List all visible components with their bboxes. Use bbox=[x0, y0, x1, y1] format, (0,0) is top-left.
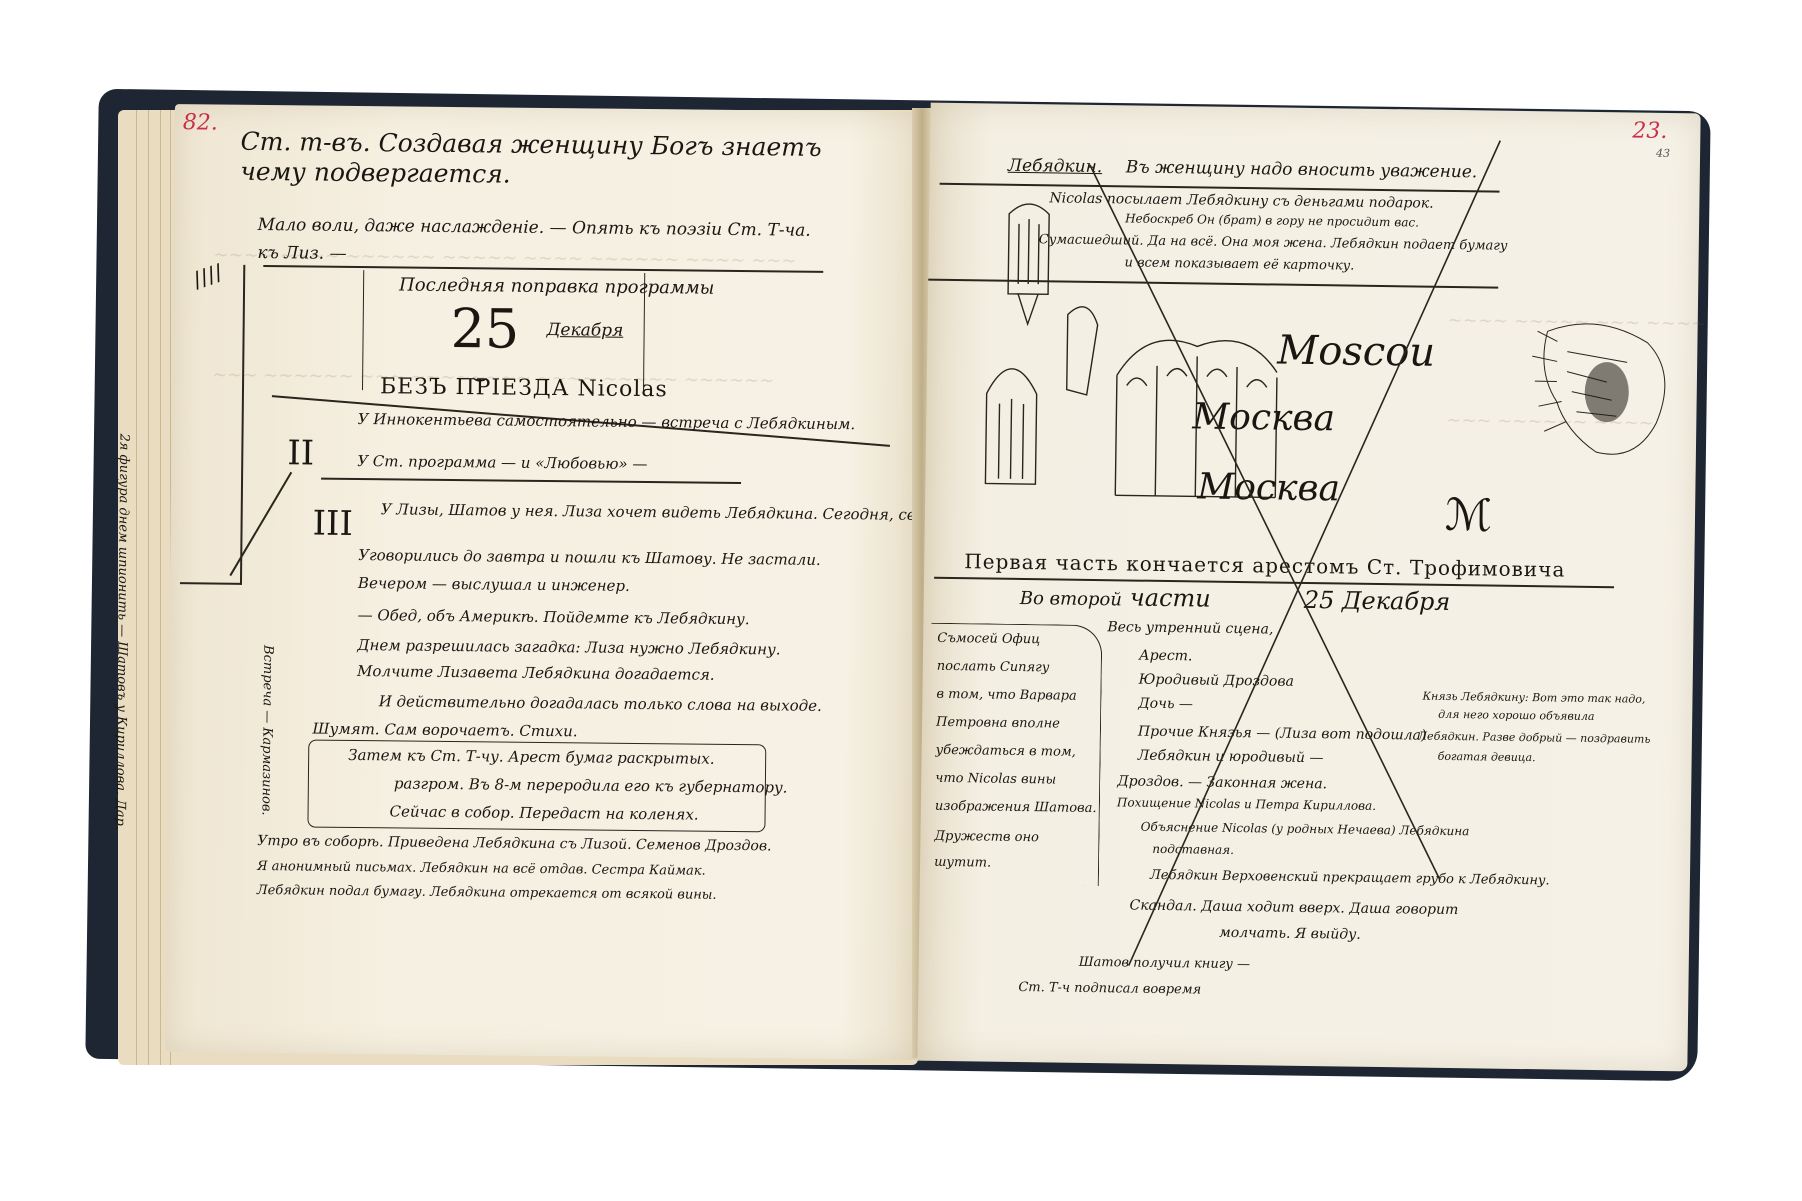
text-line: Днем разрешилась загадка: Лиза нужно Леб… bbox=[357, 636, 780, 658]
text-line: Мало воли, даже наслажденіе. — Опять къ … bbox=[258, 215, 811, 241]
margin-note: Встреча — Кармазинов. bbox=[259, 645, 276, 816]
roman-numeral-ii: II bbox=[287, 433, 314, 473]
text-line: И действительно догадалась только слова … bbox=[379, 692, 822, 715]
box-date-number: 25 bbox=[450, 297, 519, 361]
box-title: Последняя поправка программы bbox=[399, 274, 715, 298]
text-line: — Обед, объ Америкѣ. Пойдемте къ Лебядки… bbox=[358, 606, 750, 628]
page-heading: Ст. т-въ. Создавая женщину Богъ знаетъ ч… bbox=[240, 127, 881, 194]
text-line: Я анонимный письмах. Лебядкин на всё отд… bbox=[257, 859, 706, 879]
box-date-month: Декабря bbox=[547, 320, 624, 341]
left-page: ~~~~ ~~~~ ~~~~~~ ~~~~~ ~~~~ ~~~~~~ ~~~~ … bbox=[165, 104, 927, 1060]
text-line: У Ст. программа — и «Любовью» — bbox=[357, 452, 647, 473]
text-line: У Иннокентьева самостоятельно — встреча … bbox=[358, 410, 856, 433]
text-line: Затем къ Ст. Т-чу. Арест бумаг раскрытых… bbox=[348, 746, 715, 768]
roman-numeral-iii: III bbox=[312, 504, 353, 544]
cross-out-lines bbox=[917, 103, 1700, 1072]
text-line: Утро въ соборѣ. Приведена Лебядкина съ Л… bbox=[257, 833, 771, 854]
text-line: Шумят. Сам ворочаетъ. Стихи. bbox=[312, 720, 577, 741]
text-line: Лебядкин подал бумагу. Лебядкина отрекае… bbox=[257, 883, 717, 903]
box-subtitle: БЕЗЪ ПРІЕЗДА Nicolas bbox=[380, 374, 668, 402]
text-line: къ Лиз. — bbox=[257, 243, 346, 264]
page-number: 82. bbox=[183, 110, 218, 135]
text-line: Уговорились до завтра и пошли къ Шатову.… bbox=[358, 546, 821, 569]
right-page: ~~~~ ~~~~~ ~~~ ~~~~ ~~~ ~~~~~~ ~~~~ 23. … bbox=[917, 103, 1700, 1072]
text-line: Молчите Лизавета Лебядкина догадается. bbox=[357, 662, 715, 684]
text-line: Сейчас в собор. Передаст на коленях. bbox=[389, 802, 698, 823]
text-line: Вечером — выслушал и инженер. bbox=[358, 574, 630, 595]
